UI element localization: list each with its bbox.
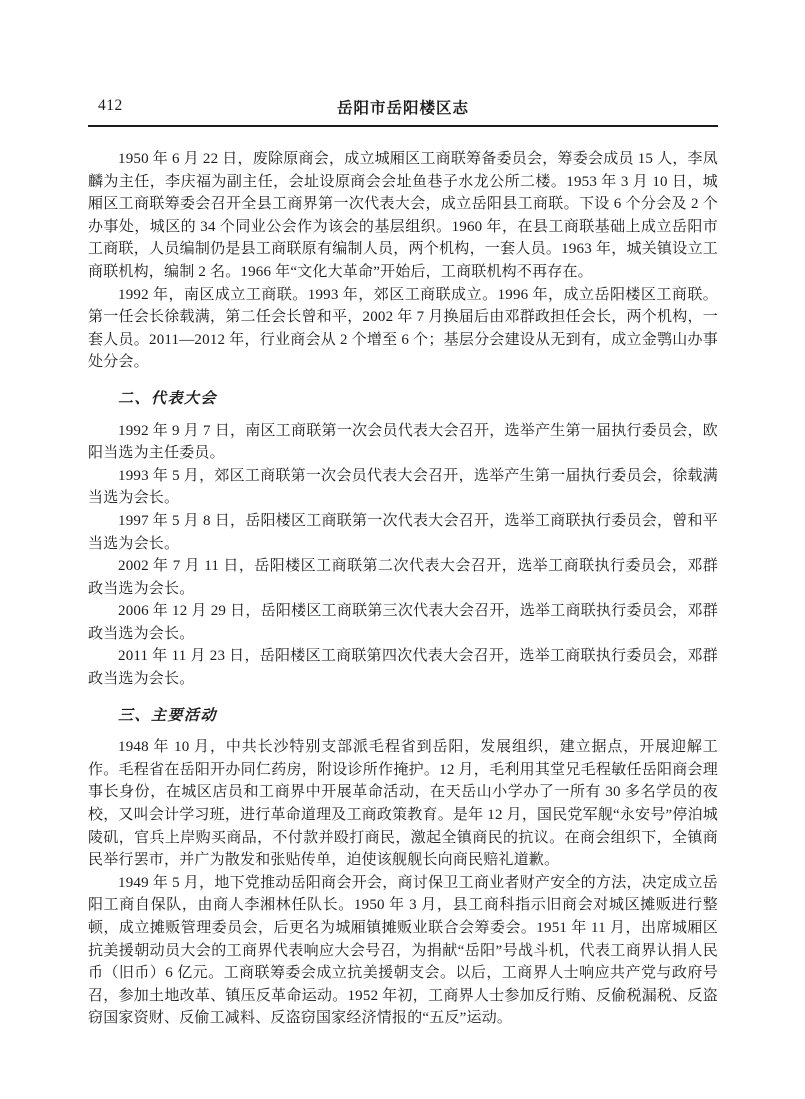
section-heading-main-activities: 三、主要活动 xyxy=(88,705,718,728)
book-title: 岳阳市岳阳楼区志 xyxy=(337,100,469,117)
paragraph-activities-1948: 1948 年 10 月，中共长沙特别支部派毛程省到岳阳，发展组织，建立据点，开展… xyxy=(88,736,718,872)
paragraph-congress-1997: 1997 年 5 月 8 日，岳阳楼区工商联第一次代表大会召开，选举工商联执行委… xyxy=(88,510,718,555)
page-body: 1950 年 6 月 22 日，废除原商会，成立城厢区工商联筹备委员会，筹委会成… xyxy=(88,127,718,1030)
paragraph-congress-2002: 2002 年 7 月 11 日，岳阳楼区工商联第二次代表大会召开，选举工商联执行… xyxy=(88,555,718,600)
document-page: 412 岳阳市岳阳楼区志 1950 年 6 月 22 日，废除原商会，成立城厢区… xyxy=(0,0,805,1099)
paragraph-congress-2006: 2006 年 12 月 29 日，岳阳楼区工商联第三次代表大会召开，选举工商联执… xyxy=(88,600,718,645)
paragraph-founding-1950s: 1950 年 6 月 22 日，废除原商会，成立城厢区工商联筹备委员会，筹委会成… xyxy=(88,148,718,284)
paragraph-activities-1949-1952: 1949 年 5 月，地下党推动岳阳商会开会，商讨保卫工商业者财产安全的方法，决… xyxy=(88,872,718,1030)
paragraph-congress-1993: 1993 年 5 月，郊区工商联第一次会员代表大会召开，选举产生第一届执行委员会… xyxy=(88,465,718,510)
section-heading-representative-congresses: 二、代表大会 xyxy=(88,388,718,411)
paragraph-reorganization-1990s: 1992 年，南区成立工商联。1993 年，郊区工商联成立。1996 年，成立岳… xyxy=(88,284,718,374)
page-number: 412 xyxy=(98,97,123,115)
sheet-content: 412 岳阳市岳阳楼区志 1950 年 6 月 22 日，废除原商会，成立城厢区… xyxy=(88,96,718,1030)
paragraph-congress-1992: 1992 年 9 月 7 日，南区工商联第一次会员代表大会召开，选举产生第一届执… xyxy=(88,420,718,465)
page-header: 412 岳阳市岳阳楼区志 xyxy=(88,96,718,127)
paragraph-congress-2011: 2011 年 11 月 23 日，岳阳楼区工商联第四次代表大会召开，选举工商联执… xyxy=(88,645,718,690)
